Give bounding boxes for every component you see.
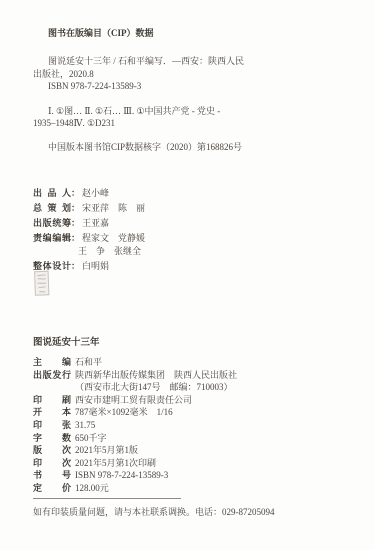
credit-row-chief-planner: 总策划：宋亚萍 陈 丽	[33, 202, 333, 215]
colophon-value: 2021年5月第1版	[75, 445, 138, 455]
credit-row-publishing-coordinator: 出版统筹：王亚嘉	[33, 217, 333, 230]
credits-block: 出品人：赵小峰 总策划：宋亚萍 陈 丽 出版统筹：王亚嘉 责编编辑：程家文 党静…	[33, 187, 333, 275]
colophon-row-chief-editor: 主编石和平	[33, 356, 353, 369]
cip-record-number: 中国版本图书馆CIP数据核字（2020）第168826号	[33, 141, 323, 153]
credit-row-designer: 整体设计：白明娟	[33, 260, 333, 273]
colophon-row-wordcount: 字数650千字	[33, 432, 353, 445]
colophon-value: 石和平	[75, 357, 102, 367]
cip-block: 图书在版编目（CIP）数据 图说延安十三年 / 石和平编写．—西安：陕西人民 出…	[33, 27, 323, 153]
colophon-rows: 主编石和平 出版发行陕西新华出版传媒集团 陕西人民出版社 （西安市北大街147号…	[33, 356, 353, 495]
cip-entry: 图说延安十三年 / 石和平编写．—西安：陕西人民 出版社，2020.8 ISBN…	[33, 55, 323, 92]
credit-label: 出品人	[33, 187, 71, 200]
colophon-row-price: 定价128.00元	[33, 482, 353, 495]
colophon-label: 定价	[33, 482, 71, 495]
cip-classification: Ⅰ. ①图… Ⅱ. ①石… Ⅲ. ①中国共产党 - 党史 - 1935–1948…	[33, 105, 323, 130]
colophon-row-publisher: 出版发行陕西新华出版传媒集团 陕西人民出版社 （西安市北大街147号 邮编：71…	[33, 369, 353, 394]
credit-value: 宋亚萍 陈 丽	[82, 203, 145, 213]
book-title: 图说延安十三年	[33, 334, 353, 348]
colophon-value: ISBN 978-7-224-13589-3	[75, 470, 168, 480]
publisher-seal-icon	[34, 270, 51, 298]
credit-label: 责编编辑	[33, 232, 71, 245]
cip-heading: 图书在版编目（CIP）数据	[33, 27, 323, 39]
credit-value: 程家文 党静媛	[82, 233, 145, 243]
colophon-label: 印张	[33, 419, 71, 432]
cip-class-line1: Ⅰ. ①图… Ⅱ. ①石… Ⅲ. ①中国共产党 - 党史 -	[33, 105, 323, 117]
colophon-label: 开本	[33, 406, 71, 419]
cip-entry-line1: 图说延安十三年 / 石和平编写．—西安：陕西人民	[33, 55, 323, 67]
colophon-row-isbn: 书号ISBN 978-7-224-13589-3	[33, 469, 353, 482]
credit-label: 出版统筹	[33, 217, 71, 230]
colophon-block: 图说延安十三年 主编石和平 出版发行陕西新华出版传媒集团 陕西人民出版社 （西安…	[33, 334, 353, 495]
colophon-label: 书号	[33, 469, 71, 482]
colophon-label: 字数	[33, 432, 71, 445]
credit-value-line2: 王 争 张继全	[33, 245, 333, 258]
cip-class-line2: 1935–1948Ⅳ. ①D231	[33, 117, 323, 129]
colophon-label: 印次	[33, 457, 71, 470]
colophon-label: 出版发行	[33, 369, 71, 382]
colophon-row-printer: 印刷西安市建明工贸有限责任公司	[33, 394, 353, 407]
credit-colon: ：	[71, 218, 80, 228]
colophon-row-sheets: 印张31.75	[33, 419, 353, 432]
colophon-value: 787毫米×1092毫米 1/16	[75, 407, 173, 417]
credit-colon: ：	[71, 188, 80, 198]
credit-row-producer: 出品人：赵小峰	[33, 187, 333, 200]
credit-colon: ：	[71, 261, 80, 271]
credit-colon: ：	[71, 203, 80, 213]
credit-colon: ：	[71, 233, 80, 243]
book-copyright-page: 图书在版编目（CIP）数据 图说延安十三年 / 石和平编写．—西安：陕西人民 出…	[0, 0, 375, 550]
colophon-label: 主编	[33, 356, 71, 369]
colophon-value: 31.75	[75, 420, 95, 430]
colophon-label: 印刷	[33, 394, 71, 407]
credit-value: 白明娟	[82, 261, 109, 271]
colophon-label: 版次	[33, 444, 71, 457]
quality-notice: 如有印装质量问题，请与本社联系调换。电话：029-87205094	[33, 506, 353, 518]
divider-line	[33, 498, 181, 499]
credit-value: 赵小峰	[82, 188, 109, 198]
cip-entry-line2: 出版社，2020.8	[33, 68, 323, 80]
colophon-value: 650千字	[75, 433, 107, 443]
publisher-address: （西安市北大街147号 邮编：710003）	[33, 381, 353, 394]
cip-isbn: ISBN 978-7-224-13589-3	[33, 80, 323, 92]
colophon-value: 2021年5月第1次印刷	[75, 458, 156, 468]
credit-value: 王亚嘉	[82, 218, 109, 228]
colophon-value: 陕西新华出版传媒集团 陕西人民出版社	[75, 370, 237, 380]
colophon-value: 西安市建明工贸有限责任公司	[75, 395, 192, 405]
colophon-row-edition: 版次2021年5月第1版	[33, 444, 353, 457]
credit-label: 总策划	[33, 202, 71, 215]
credit-row-editors: 责编编辑：程家文 党静媛 王 争 张继全	[33, 232, 333, 257]
colophon-row-impression: 印次2021年5月第1次印刷	[33, 457, 353, 470]
colophon-value: 128.00元	[75, 483, 109, 493]
colophon-row-format: 开本787毫米×1092毫米 1/16	[33, 406, 353, 419]
